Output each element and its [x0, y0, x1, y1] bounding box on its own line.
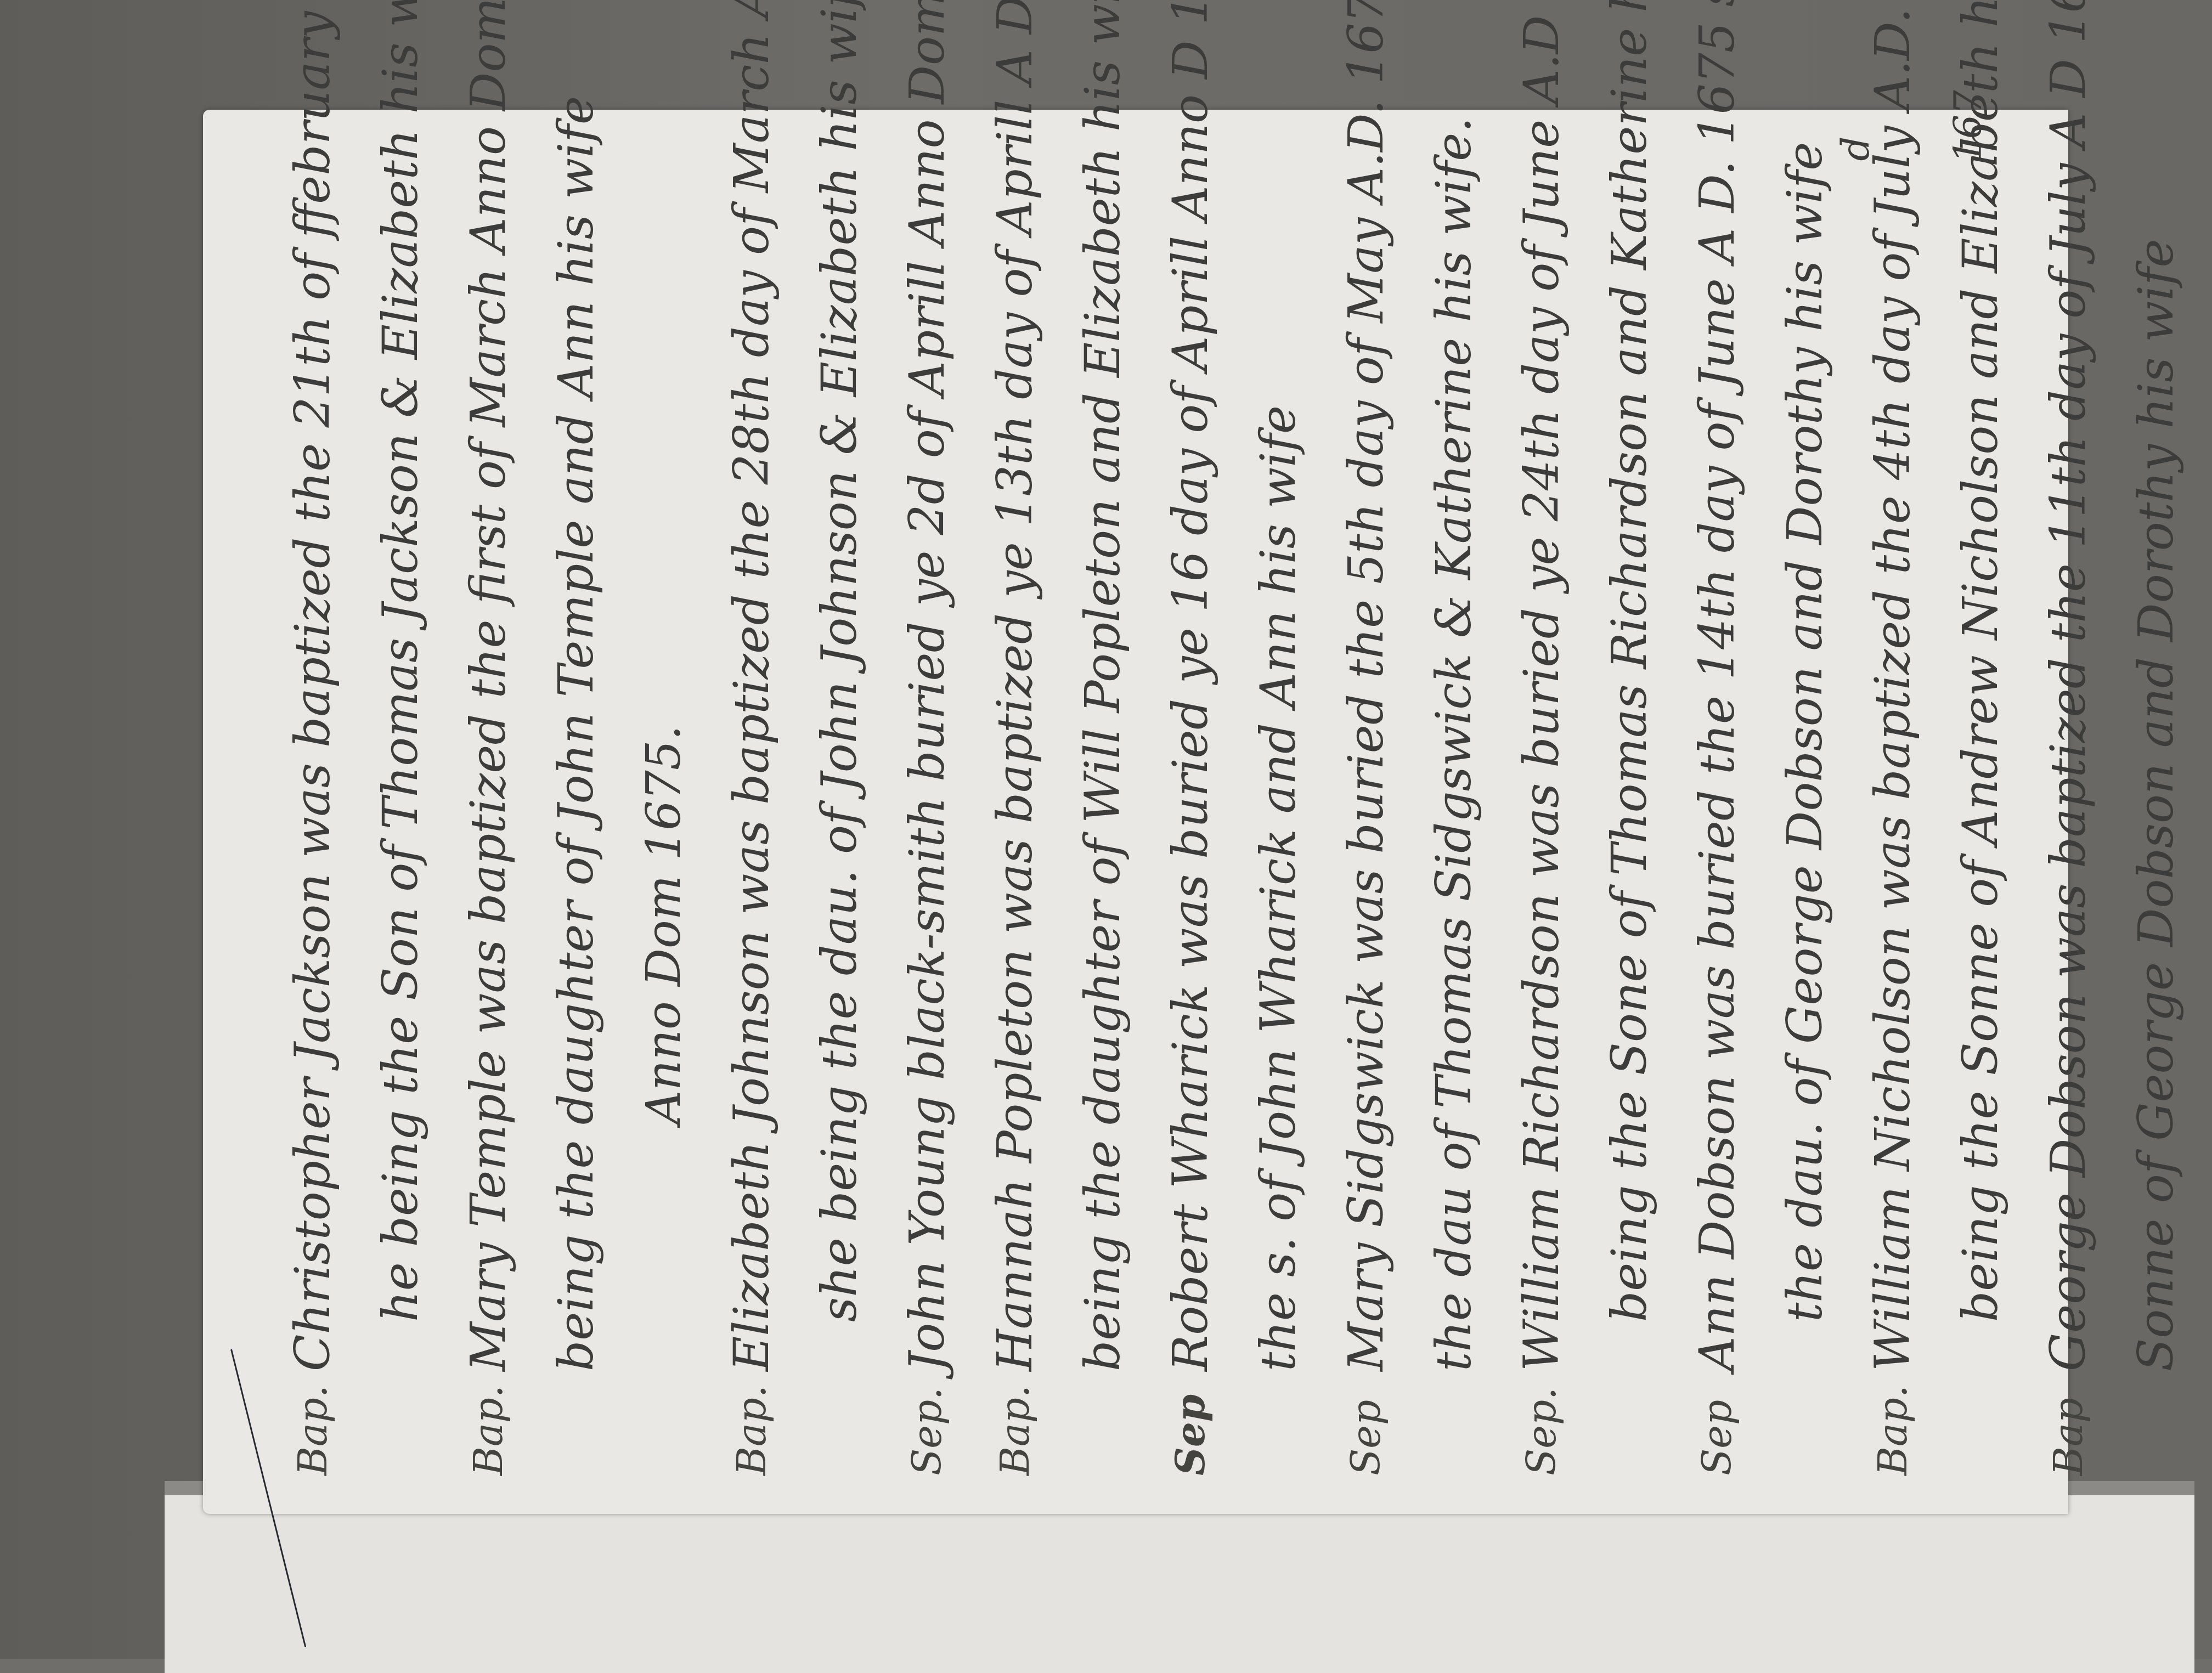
- entry-type-label: Bap.: [269, 1371, 357, 1476]
- entry-line: the dau. of George Dobson and Dorothy hi…: [1761, 143, 1849, 1476]
- entry-type-label: Bap: [2024, 1371, 2112, 1476]
- entry-line: she being the dau. of John Johnson & Eli…: [795, 143, 883, 1476]
- entry-type-label: Bap.: [1849, 1371, 1937, 1476]
- entry-line: he being the Son of Thomas Jackson & Eli…: [357, 143, 444, 1476]
- entry-type-label: Sep.: [883, 1371, 971, 1476]
- entry-line: Bap. Margret Cundall was baptized the 15…: [2200, 143, 2212, 1476]
- entry-text: being the Sone of Thomas Richardson and …: [1585, 0, 1673, 1371]
- entry-text: George Dobson was baptized the 11th day …: [2024, 0, 2112, 1371]
- entry-line: being the daughter of John Temple and An…: [532, 143, 620, 1476]
- entry-text: William Nicholson was baptized the 4th d…: [1849, 0, 1937, 1371]
- entry-line: Bap George Dobson was baptized the 11th …: [2024, 143, 2112, 1476]
- entry-text: Elizabeth Johnson was baptized the 28th …: [708, 0, 795, 1371]
- entry-line: Sep. William Richardson was buried ye 24…: [1498, 143, 1585, 1476]
- entry-text: Mary Sidgswick was buried the 5th day of…: [1322, 0, 1410, 1371]
- entry-type-label: Bap.: [444, 1371, 532, 1476]
- entry-text: he being the Son of Thomas Jackson & Eli…: [357, 0, 444, 1371]
- entry-type-label: Sep: [1673, 1371, 1761, 1476]
- entry-line: Bap. Christopher Jackson was baptized th…: [269, 143, 357, 1476]
- entry-text: being the daughter of Will Popleton and …: [1059, 0, 1147, 1371]
- entry-type-label: Bap.: [708, 1371, 795, 1476]
- entry-line: Sep Mary Sidgswick was buried the 5th da…: [1322, 143, 1410, 1476]
- entry-text: the dau. of George Dobson and Dorothy hi…: [1761, 142, 1849, 1371]
- entry-text: the s. of John Wharick and Ann his wife: [1234, 405, 1322, 1371]
- entry-text: Robert Wharick was buried ye 16 day of A…: [1147, 0, 1234, 1371]
- page-text-rotated: Bap. Christopher Jackson was baptized th…: [203, 110, 2068, 1514]
- entry-line: Sep. John Young black-smith buried ye 2d…: [883, 143, 971, 1476]
- entry-line: Bap. Elizabeth Johnson was baptized the …: [708, 143, 795, 1476]
- entry-text: being the daughter of John Temple and An…: [532, 96, 620, 1371]
- entry-text: William Richardson was buried ye 24th da…: [1498, 0, 1585, 1371]
- entry-text: she being the dau. of John Johnson & Eli…: [795, 0, 883, 1371]
- entry-text: being the Sonne of Andrew Nicholson and …: [1937, 0, 2024, 1371]
- entry-text: Mary Temple was baptized the first of Ma…: [444, 0, 532, 1371]
- entry-line: being the Sonne of Andrew Nicholson and …: [1937, 143, 2024, 1476]
- entry-type-label: Bap.: [2200, 1371, 2212, 1476]
- entry-line: being the Sone of Thomas Richardson and …: [1585, 143, 1673, 1476]
- entry-line: Sep Robert Wharick was buried ye 16 day …: [1147, 143, 1234, 1476]
- entry-text: Christopher Jackson was baptized the 21t…: [269, 0, 357, 1371]
- page-body: Bap. Christopher Jackson was baptized th…: [203, 110, 2212, 1514]
- entry-text: Hannah Popleton was baptized ye 13th day…: [971, 0, 1059, 1371]
- entry-line: the s. of John Wharick and Ann his wife: [1234, 143, 1322, 1476]
- entry-line: the dau of Thomas Sidgswick & Katherine …: [1410, 143, 1498, 1476]
- entry-type-label: Sep: [1322, 1371, 1410, 1476]
- entry-text: John Young black-smith buried ye 2d of A…: [883, 0, 971, 1371]
- entry-text: Sonne of George Dobson and Dorothy his w…: [2112, 239, 2200, 1371]
- entry-line: Bap. Mary Temple was baptized the first …: [444, 143, 532, 1476]
- entry-line: Bap. William Nicholson was baptized the …: [1849, 143, 1937, 1476]
- entry-line: being the daughter of Will Popleton and …: [1059, 143, 1147, 1476]
- entry-line: Sep Ann Dobson was buried the 14th day o…: [1673, 143, 1761, 1476]
- corner-note: 167: [1945, 90, 1990, 163]
- entry-text: the dau of Thomas Sidgswick & Katherine …: [1410, 117, 1498, 1371]
- entry-type-label: Bap.: [971, 1371, 1059, 1476]
- corner-note: d: [1833, 137, 1878, 161]
- year-heading: Anno Dom 1675.: [620, 143, 708, 1476]
- entry-line: Sonne of George Dobson and Dorothy his w…: [2112, 143, 2200, 1476]
- entry-type-label: Sep: [1147, 1371, 1234, 1476]
- entry-type-label: Sep.: [1498, 1371, 1585, 1476]
- entry-text: Margret Cundall was baptized the 15th da…: [2200, 0, 2212, 1371]
- entry-line: Bap. Hannah Popleton was baptized ye 13t…: [971, 143, 1059, 1476]
- entry-text: Ann Dobson was buried the 14th day of Ju…: [1673, 0, 1761, 1371]
